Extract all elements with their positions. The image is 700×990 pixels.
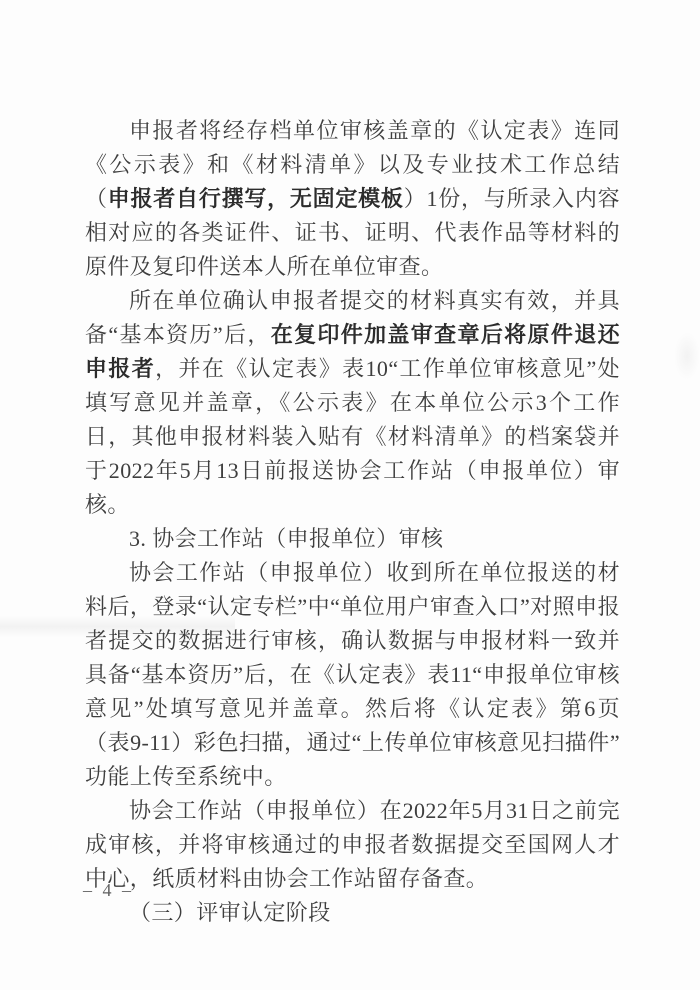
paragraph-bold-text: 申报者自行撰写，无固定模板	[108, 186, 404, 211]
document-body: 申报者将经存档单位审核盖章的《认定表》连同《公示表》和《材料清单》以及专业技术工…	[85, 114, 620, 930]
paragraph-text: 3. 协会工作站（申报单位）审核	[129, 526, 443, 551]
paragraph-text: 协会工作站（申报单位）在2022年5月31日之前完成审核，并将审核通过的申报者数…	[85, 798, 620, 891]
scanned-document-page: 申报者将经存档单位审核盖章的《认定表》连同《公示表》和《材料清单》以及专业技术工…	[0, 0, 700, 990]
scan-artifact-smudge	[674, 332, 700, 380]
paragraph: 协会工作站（申报单位）收到所在单位报送的材料后，登录“认定专栏”中“单位用户审查…	[85, 556, 620, 794]
page-number: – 4 –	[83, 879, 134, 901]
numbered-heading: 3. 协会工作站（申报单位）审核	[85, 522, 620, 556]
paragraph-text: ，并在《认定表》表10“工作单位审核意见”处填写意见并盖章，《公示表》在本单位公…	[85, 356, 620, 517]
paragraph: 协会工作站（申报单位）在2022年5月31日之前完成审核，并将审核通过的申报者数…	[85, 794, 620, 896]
paragraph: 申报者将经存档单位审核盖章的《认定表》连同《公示表》和《材料清单》以及专业技术工…	[85, 114, 620, 284]
paragraph-text: （三）评审认定阶段	[129, 900, 331, 925]
paragraph-text: 协会工作站（申报单位）收到所在单位报送的材料后，登录“认定专栏”中“单位用户审查…	[85, 560, 620, 789]
section-heading: （三）评审认定阶段	[85, 896, 620, 930]
paragraph: 所在单位确认申报者提交的材料真实有效，并具备“基本资历”后，在复印件加盖审查章后…	[85, 284, 620, 522]
